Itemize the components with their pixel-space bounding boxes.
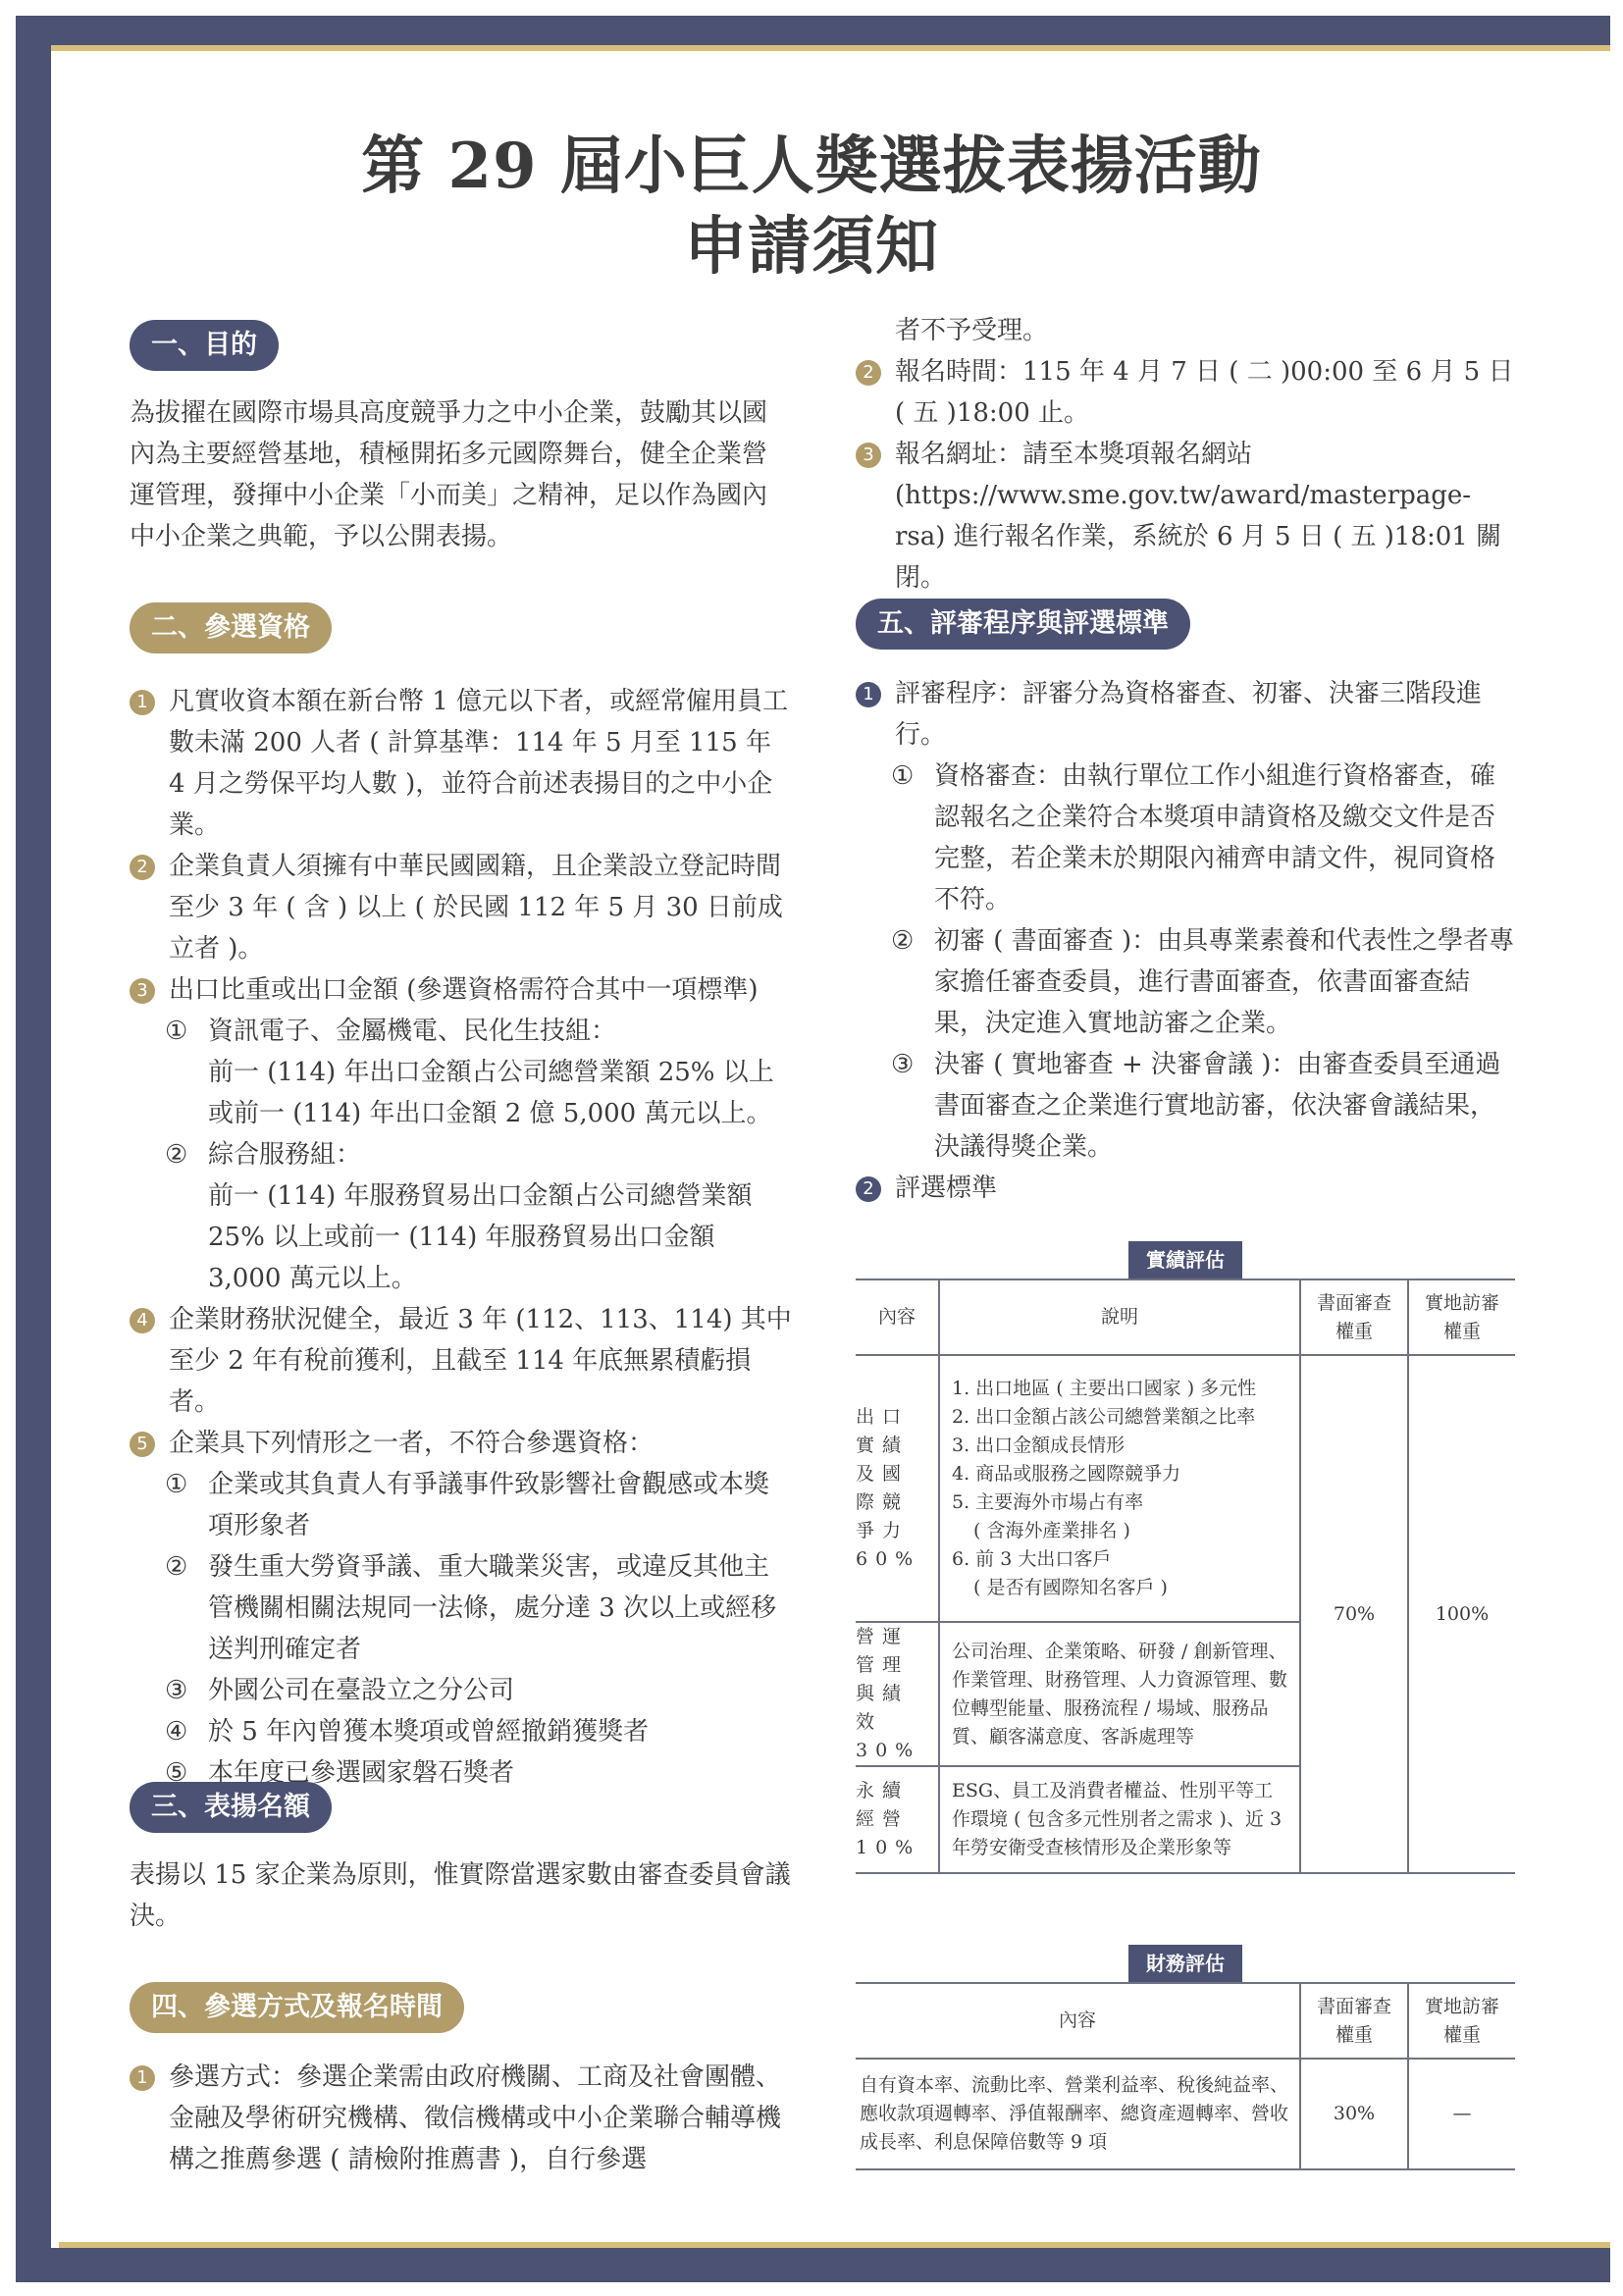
- section-heading-review: 五、評審程序與評選標準: [856, 599, 1190, 650]
- frame-top-band: [16, 16, 1610, 45]
- row-content: 自有資本率、流動比率、營業利益率、稅後純益率、應收款項週轉率、淨值報酬率、總資產…: [856, 2059, 1300, 2169]
- table-header-row: 內容 說明 書面審查 權重 實地訪審 權重: [856, 1279, 1515, 1355]
- application-item-1: 1 參選方式：參選企業需由政府機關、工商及社會團體、金融及學術研究機構、徵信機構…: [130, 2057, 792, 2180]
- eligibility-item-4: 4 企業財務狀況健全，最近 3 年 (112、113、114) 其中至少 2 年…: [130, 1299, 792, 1423]
- header-paper-weight: 書面審查 權重: [1300, 1279, 1408, 1355]
- table-header-row: 內容 書面審查 權重 實地訪審 權重: [856, 1983, 1515, 2059]
- section-application-continued: 者不予受理。 2 報名時間：115 年 4 月 7 日 ( 二 )00:00 至…: [856, 310, 1518, 599]
- row-content: 出口實績及國際競爭力 60%: [856, 1355, 939, 1622]
- circled-number-icon: ②: [891, 920, 914, 962]
- number-badge-icon: 2: [130, 855, 155, 880]
- section-application: 四、參選方式及報名時間 1 參選方式：參選企業需由政府機關、工商及社會團體、金融…: [130, 1982, 792, 2180]
- financial-table: 內容 書面審查 權重 實地訪審 權重 自有資本率、流動比率、營業利益率、稅後純益…: [856, 1982, 1515, 2170]
- eligibility-item-2: 2 企業負責人須擁有中華民國國籍，且企業設立登記時間至少 3 年 ( 含 ) 以…: [130, 846, 792, 969]
- exclusion-3: ③ 外國公司在臺設立之分公司: [130, 1670, 792, 1711]
- review-item-2: 2 評選標準: [856, 1168, 1518, 1209]
- review-step-2: ② 初審 ( 書面審查 )：由具專業素養和代表性之學者專家擔任審查委員，進行書面…: [856, 920, 1518, 1044]
- row-content: 營運管理與績效 30%: [856, 1622, 939, 1766]
- eligibility-sub-3-2: ② 綜合服務組：: [130, 1134, 792, 1175]
- performance-table-block: 實績評估 內容 說明 書面審查 權重 實地訪審 權重 出口實績及國際競爭力 60…: [856, 1241, 1515, 1874]
- site-weight-value: 100%: [1408, 1355, 1515, 1873]
- number-badge-icon: 2: [856, 360, 881, 386]
- performance-table: 內容 說明 書面審查 權重 實地訪審 權重 出口實績及國際競爭力 60% 1. …: [856, 1278, 1515, 1874]
- performance-table-label: 實績評估: [1128, 1241, 1242, 1278]
- site-weight-value: —: [1408, 2059, 1515, 2169]
- number-badge-icon: 4: [130, 1308, 155, 1333]
- paper-weight-value: 70%: [1300, 1355, 1408, 1873]
- number-badge-icon: 1: [130, 2065, 155, 2091]
- header-description: 說明: [939, 1279, 1300, 1355]
- application-item-3: 3 報名網址：請至本獎項報名網站 (https://www.sme.gov.tw…: [856, 434, 1518, 599]
- eligibility-item-1: 1 凡實收資本額在新台幣 1 億元以下者，或經常僱用員工數未滿 200 人者 (…: [130, 681, 792, 846]
- registration-url-text: 報名網址：請至本獎項報名網站 (https://www.sme.gov.tw/a…: [895, 440, 1501, 593]
- header-content: 內容: [856, 1279, 939, 1355]
- header-site-weight: 實地訪審 權重: [1408, 1279, 1515, 1355]
- eligibility-sub-3-2-body: 前一 (114) 年服務貿易出口金額占公司總營業額 25% 以上或前一 (114…: [130, 1175, 792, 1299]
- number-badge-icon: 5: [130, 1432, 155, 1457]
- review-step-1: ① 資格審查：由執行單位工作小組進行資格審查，確認報名之企業符合本獎項申請資格及…: [856, 756, 1518, 920]
- page-subtitle: 申請須知: [0, 196, 1623, 287]
- section-purpose: 一、目的 為拔擢在國際市場具高度競爭力之中小企業，鼓勵其以國內為主要經營基地，積…: [130, 320, 792, 557]
- page-title: 第 29 屆小巨人獎選拔表揚活動: [0, 116, 1623, 206]
- circled-number-icon: ①: [165, 1464, 187, 1505]
- header-site-weight: 實地訪審 權重: [1408, 1983, 1515, 2059]
- section-heading-purpose: 一、目的: [130, 320, 279, 371]
- number-badge-icon: 2: [856, 1176, 881, 1202]
- eligibility-item-5: 5 企業具下列情形之一者，不符合參選資格：: [130, 1423, 792, 1464]
- circled-number-icon: ②: [165, 1134, 187, 1175]
- paper-weight-value: 30%: [1300, 2059, 1408, 2169]
- exclusion-2: ② 發生重大勞資爭議、重大職業災害，或違反其他主管機關相關法規同一法條，處分達 …: [130, 1546, 792, 1670]
- section-eligibility: 二、參選資格 1 凡實收資本額在新台幣 1 億元以下者，或經常僱用員工數未滿 2…: [130, 602, 792, 1794]
- table-row: 出口實績及國際競爭力 60% 1. 出口地區 ( 主要出口國家 ) 多元性 2.…: [856, 1355, 1515, 1622]
- circled-number-icon: ①: [165, 1011, 187, 1052]
- financial-table-block: 財務評估 內容 書面審查 權重 實地訪審 權重 自有資本率、流動比率、營業利益率…: [856, 1945, 1515, 2170]
- review-item-1: 1 評審程序：評審分為資格審查、初審、決審三階段進行。: [856, 673, 1518, 756]
- eligibility-sub-3-1-body: 前一 (114) 年出口金額占公司總營業額 25% 以上或前一 (114) 年出…: [130, 1052, 792, 1134]
- exclusion-4: ④ 於 5 年內曾獲本獎項或曾經撤銷獲獎者: [130, 1711, 792, 1752]
- section-heading-quota: 三、表揚名額: [130, 1782, 332, 1833]
- table-row: 自有資本率、流動比率、營業利益率、稅後純益率、應收款項週轉率、淨值報酬率、總資產…: [856, 2059, 1515, 2169]
- gold-rule-bottom: [59, 2242, 1610, 2248]
- number-badge-icon: 3: [856, 443, 881, 468]
- row-description: ESG、員工及消費者權益、性別平等工作環境 ( 包含多元性別者之需求 )、近 3…: [939, 1766, 1300, 1873]
- number-badge-icon: 3: [130, 978, 155, 1004]
- eligibility-sub-3-1: ① 資訊電子、金屬機電、民化生技組：: [130, 1011, 792, 1052]
- row-description: 1. 出口地區 ( 主要出口國家 ) 多元性 2. 出口金額占該公司總營業額之比…: [939, 1355, 1300, 1622]
- circled-number-icon: ③: [165, 1670, 187, 1711]
- circled-number-icon: ③: [891, 1044, 914, 1085]
- circled-number-icon: ②: [165, 1546, 187, 1588]
- exclusion-1: ① 企業或其負責人有爭議事件致影響社會觀感或本獎項形象者: [130, 1464, 792, 1546]
- section-quota: 三、表揚名額 表揚以 15 家企業為原則，惟實際當選家數由審查委員會議決。: [130, 1782, 792, 1937]
- number-badge-icon: 1: [130, 690, 155, 715]
- circled-number-icon: ④: [165, 1711, 187, 1752]
- number-badge-icon: 1: [856, 682, 881, 707]
- application-item-2: 2 報名時間：115 年 4 月 7 日 ( 二 )00:00 至 6 月 5 …: [856, 351, 1518, 434]
- section-review: 五、評審程序與評選標準 1 評審程序：評審分為資格審查、初審、決審三階段進行。 …: [856, 599, 1518, 1209]
- frame-bottom-band: [16, 2248, 1610, 2282]
- eligibility-item-3: 3 出口比重或出口金額 (參選資格需符合其中一項標準): [130, 969, 792, 1011]
- header-paper-weight: 書面審查 權重: [1300, 1983, 1408, 2059]
- gold-rule-top: [51, 45, 1610, 51]
- frame-left-band: [16, 16, 51, 2282]
- row-description: 公司治理、企業策略、研發 / 創新管理、作業管理、財務管理、人力資源管理、數位轉…: [939, 1622, 1300, 1766]
- review-step-3: ③ 決審 ( 實地審查 + 決審會議 )：由審查委員至通過書面審查之企業進行實地…: [856, 1044, 1518, 1168]
- purpose-body: 為拔擢在國際市場具高度競爭力之中小企業，鼓勵其以國內為主要經營基地，積極開拓多元…: [130, 392, 792, 557]
- quota-body: 表揚以 15 家企業為原則，惟實際當選家數由審查委員會議決。: [130, 1854, 792, 1937]
- section-heading-eligibility: 二、參選資格: [130, 602, 332, 653]
- header-content: 內容: [856, 1983, 1300, 2059]
- financial-table-label: 財務評估: [1128, 1945, 1242, 1982]
- application-item-1-continued: 者不予受理。: [856, 310, 1518, 351]
- section-heading-application: 四、參選方式及報名時間: [130, 1982, 464, 2033]
- circled-number-icon: ①: [891, 756, 914, 797]
- row-content: 永續經營 10%: [856, 1766, 939, 1873]
